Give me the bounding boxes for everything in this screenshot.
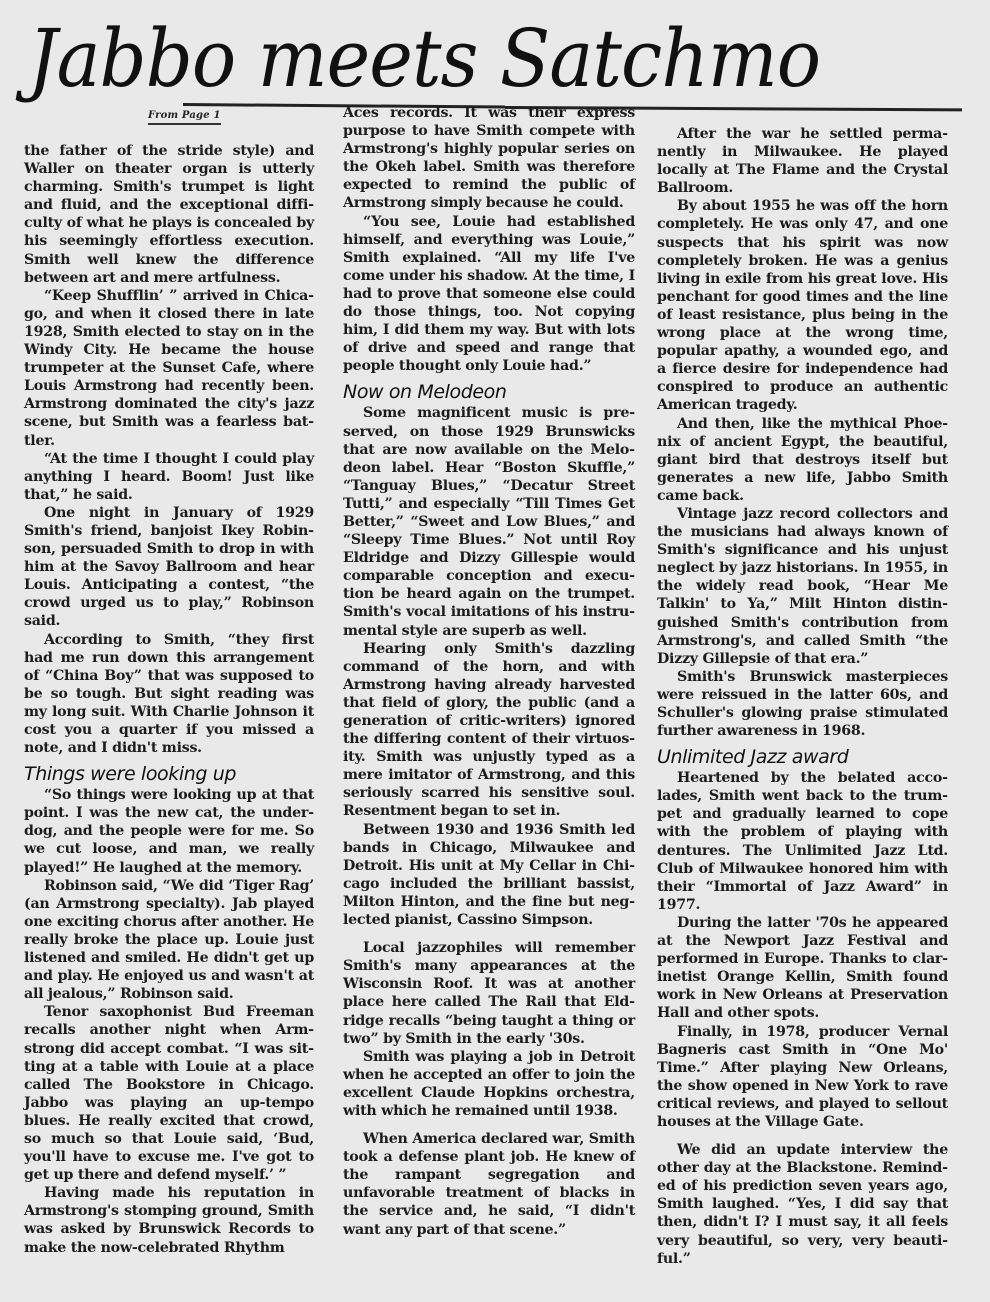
headline: Jabbo meets Satchmo: [28, 14, 911, 104]
article-paragraph: “At the time I thought I could play anyt…: [24, 450, 314, 504]
section-subhead: Unlimited Jazz award: [657, 746, 948, 768]
article-paragraph: During the latter '70s he appeared at th…: [657, 914, 948, 1023]
article-paragraph: After the war he settled perma­nently in…: [657, 125, 948, 197]
article-paragraph: Smith was playing a job in Detroit when …: [343, 1048, 635, 1120]
newspaper-clipping: Jabbo meets Satchmo From Page 1 the fath…: [0, 0, 990, 1302]
article-paragraph: “Keep Shufflin’ ” arrived in Chica­go, a…: [24, 287, 314, 450]
article-paragraph: Tenor saxophonist Bud Freeman recalls an…: [24, 1003, 314, 1184]
article-paragraph: Local jazzophiles will remember Smith's …: [343, 939, 635, 1048]
article-column-1: the father of the stride style) and Wall…: [24, 142, 314, 1257]
article-column-2: Aces records. It was their express purpo…: [343, 104, 635, 1239]
section-subhead: Things were looking up: [24, 763, 314, 785]
article-paragraph: Vintage jazz record collectors and the m…: [657, 505, 948, 668]
article-paragraph: Aces records. It was their express purpo…: [343, 104, 635, 213]
article-paragraph: Smith's Brunswick masterpieces were reis…: [657, 668, 948, 740]
article-paragraph: Having made his reputation in Armstrong'…: [24, 1184, 314, 1256]
article-paragraph: Heartened by the belated acco­lades, Smi…: [657, 769, 948, 914]
article-paragraph: And then, like the mythical Phoe­nix of …: [657, 415, 948, 505]
article-column-3: After the war he settled perma­nently in…: [657, 125, 948, 1268]
article-paragraph: By about 1955 he was off the horn comple…: [657, 197, 948, 414]
article-paragraph: We did an update interview the other day…: [657, 1141, 948, 1268]
article-paragraph: When America declared war, Smith took a …: [343, 1130, 635, 1239]
jump-label: From Page 1: [148, 110, 221, 125]
article-paragraph: “So things were looking up at that point…: [24, 786, 314, 876]
article-paragraph: Hearing only Smith's dazzling command of…: [343, 640, 635, 821]
section-subhead: Now on Melodeon: [343, 381, 635, 403]
article-paragraph: One night in January of 1929 Smith's fri…: [24, 504, 314, 631]
article-paragraph: Some magnificent music is pre­served, on…: [343, 404, 635, 639]
article-paragraph: the father of the stride style) and Wall…: [24, 142, 314, 287]
article-paragraph: Robinson said, “We did ‘Tiger Rag’ (an A…: [24, 877, 314, 1004]
article-paragraph: Finally, in 1978, producer Vernal Bagner…: [657, 1023, 948, 1132]
article-paragraph: “You see, Louie had established himself,…: [343, 213, 635, 376]
article-paragraph: According to Smith, “they first had me r…: [24, 631, 314, 758]
article-paragraph: Between 1930 and 1936 Smith led bands in…: [343, 821, 635, 930]
